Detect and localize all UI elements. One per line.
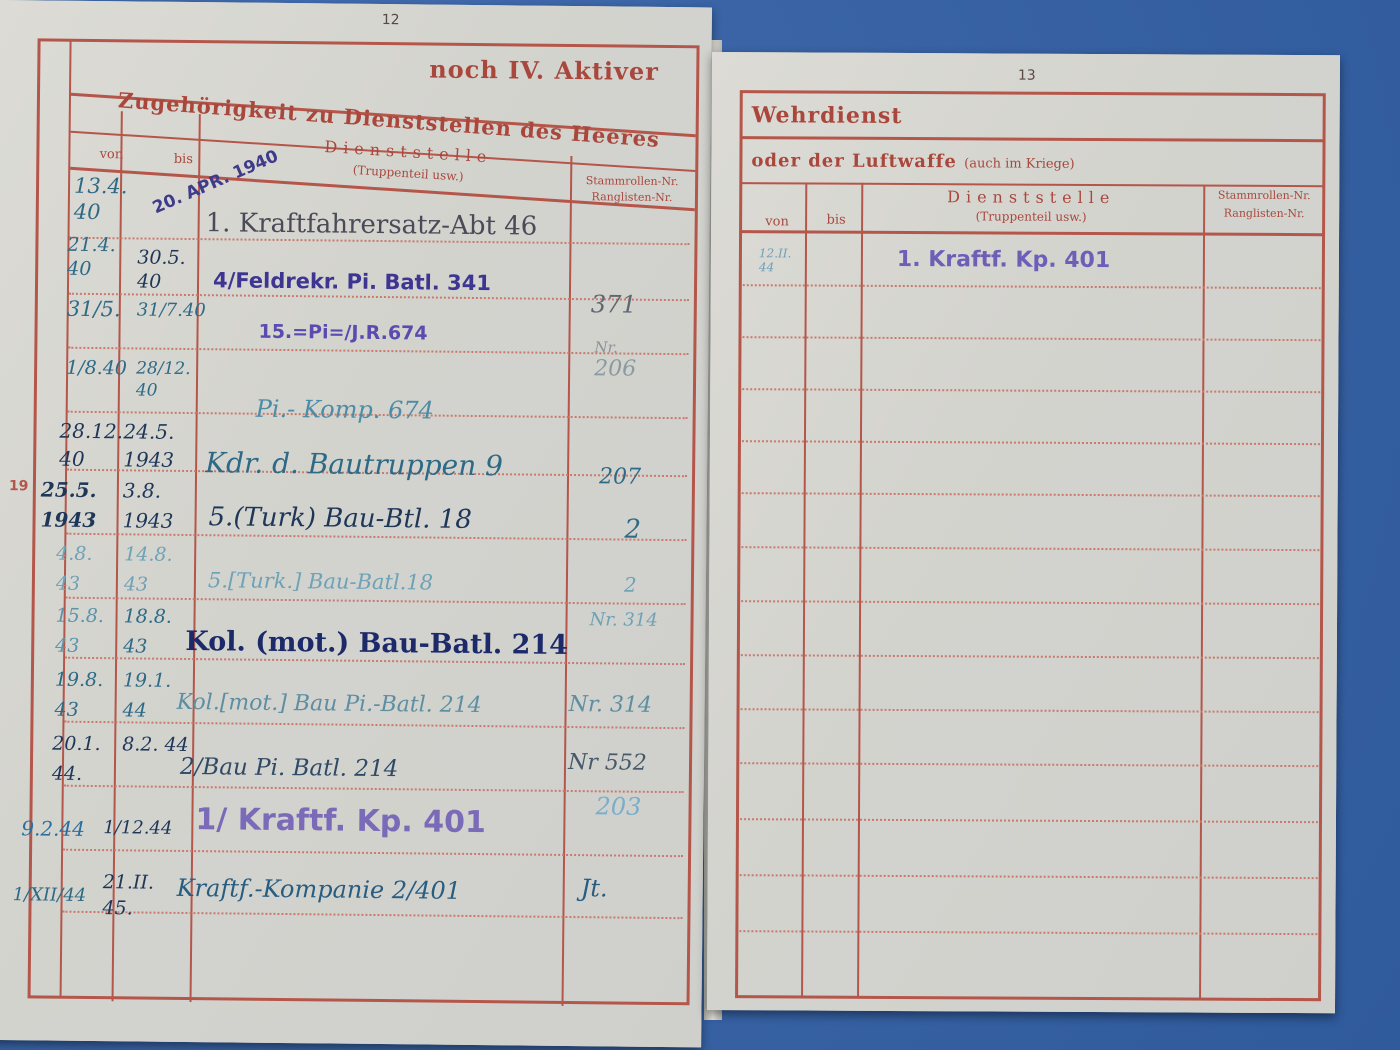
row-5-bis: 3.8. 1943 — [122, 475, 193, 536]
row-11-von: 1/XII/44 — [13, 884, 87, 906]
row-1-von: 21.4. 40 — [67, 233, 117, 282]
col-header-von: von — [86, 147, 136, 163]
row-0-von: 12.II. 44 — [759, 246, 799, 274]
col-header-stammrollen: Stammrollen-Nr. — [1203, 189, 1325, 203]
row-5-nr: 2 — [624, 515, 641, 545]
row-4-von: 28.12. 40 — [59, 417, 120, 474]
row-9-von: 20.1. 44. — [52, 729, 113, 790]
row-7-bis: 18.8. 43 — [123, 601, 192, 662]
row-0-dienststelle: 1. Kraftfahrersatz-Abt 46 — [206, 208, 538, 241]
title-line-1: noch IV. Aktiver — [429, 55, 659, 86]
page-number: 13 — [1018, 68, 1036, 84]
row-2-dienststelle: 15.=Pi=/J.R.674 — [258, 321, 427, 345]
row-0-dienststelle: 1. Kraftf. Kp. 401 — [897, 247, 1110, 273]
row-1-nr: 371 — [591, 290, 637, 318]
row-1-bis: 30.5. 40 — [137, 245, 193, 294]
row-7-nr: Nr. 314 — [589, 606, 669, 635]
row-2-nr: Nr. — [594, 338, 618, 356]
title-line-2-bold: oder der Luftwaffe — [751, 150, 957, 172]
row-2-von: 31/5. — [67, 297, 121, 322]
col-header-ranglisten: Ranglisten-Nr. — [1203, 207, 1325, 221]
row-8-nr: Nr. 314 — [569, 692, 653, 718]
row-10-von: 9.2.44 — [21, 816, 85, 841]
row-1-dienststelle: 4/Feldrekr. Pi. Batl. 341 — [213, 268, 491, 295]
row-3-dienststelle: Pi.- Komp. 674 — [256, 395, 434, 425]
row-5-von: 25.5. 1943 — [40, 474, 115, 535]
col-header-stammrollen: Stammrollen-Nr. — [574, 174, 690, 188]
row-3-bis: 28/12. 40 — [136, 357, 192, 402]
row-11-dienststelle: Kraftf.-Kompanie 2/401 — [177, 874, 462, 905]
col-header-bis: bis — [158, 152, 208, 168]
row-6-dienststelle: 5.[Turk.] Bau-Batl.18 — [208, 568, 433, 594]
row-6-von: 4.8. 43 — [56, 539, 115, 600]
row-6-bis: 14.8. 43 — [124, 539, 193, 600]
row-3-nr: 206 — [594, 356, 636, 381]
row-9-nr: Nr 552 — [568, 750, 647, 776]
row-10-nr: 203 — [595, 792, 641, 820]
row-10-bis: 1/12.44 — [103, 817, 172, 839]
right-page: 13 Wehrdienst oder der Luftwaffe (auch i… — [707, 52, 1340, 1013]
row-4-dienststelle: Kdr. d. Bautruppen 9 — [205, 446, 503, 482]
row-7-von: 15.8. 43 — [55, 601, 114, 662]
page-number: 12 — [382, 12, 400, 28]
row-4-nr: 207 — [599, 464, 641, 489]
margin-number: 19 — [9, 478, 29, 494]
row-9-dienststelle: 2/Bau Pi. Batl. 214 — [180, 754, 399, 782]
row-8-dienststelle: Kol.[mot.] Bau Pi.-Batl. 214 — [177, 690, 482, 718]
col-header-dienststelle: Dienststelle — [911, 187, 1151, 207]
left-page: 12 19 noch IV. Aktiver Zugehörigkeit zu … — [0, 0, 712, 1047]
row-4-bis: 24.5. 1943 — [123, 417, 192, 474]
title-line-1: Wehrdienst — [752, 102, 903, 129]
row-3-von: 1/8.40 — [66, 357, 127, 380]
row-2-bis: 31/7.40 — [137, 299, 206, 321]
title-line-2: oder der Luftwaffe (auch im Kriege) — [751, 150, 1074, 173]
row-11-bis: 21.II. 45. — [102, 869, 183, 922]
row-8-von: 19.8. 43 — [54, 665, 113, 726]
row-11-nr: Jt. — [581, 874, 608, 902]
row-5-dienststelle: 5.(Turk) Bau-Btl. 18 — [208, 502, 472, 535]
row-0-von: 13.4. 40 — [74, 173, 119, 225]
col-header-bis: bis — [811, 213, 861, 228]
row-7-dienststelle: Kol. (mot.) Bau-Batl. 214 — [185, 626, 568, 661]
row-6-nr: 2 — [624, 573, 637, 597]
row-10-dienststelle: 1/ Kraftf. Kp. 401 — [195, 802, 486, 840]
col-header-dienststelle-sub: (Truppenteil usw.) — [941, 209, 1121, 224]
col-header-von: von — [747, 214, 807, 229]
title-line-2-note: (auch im Kriege) — [964, 156, 1075, 172]
